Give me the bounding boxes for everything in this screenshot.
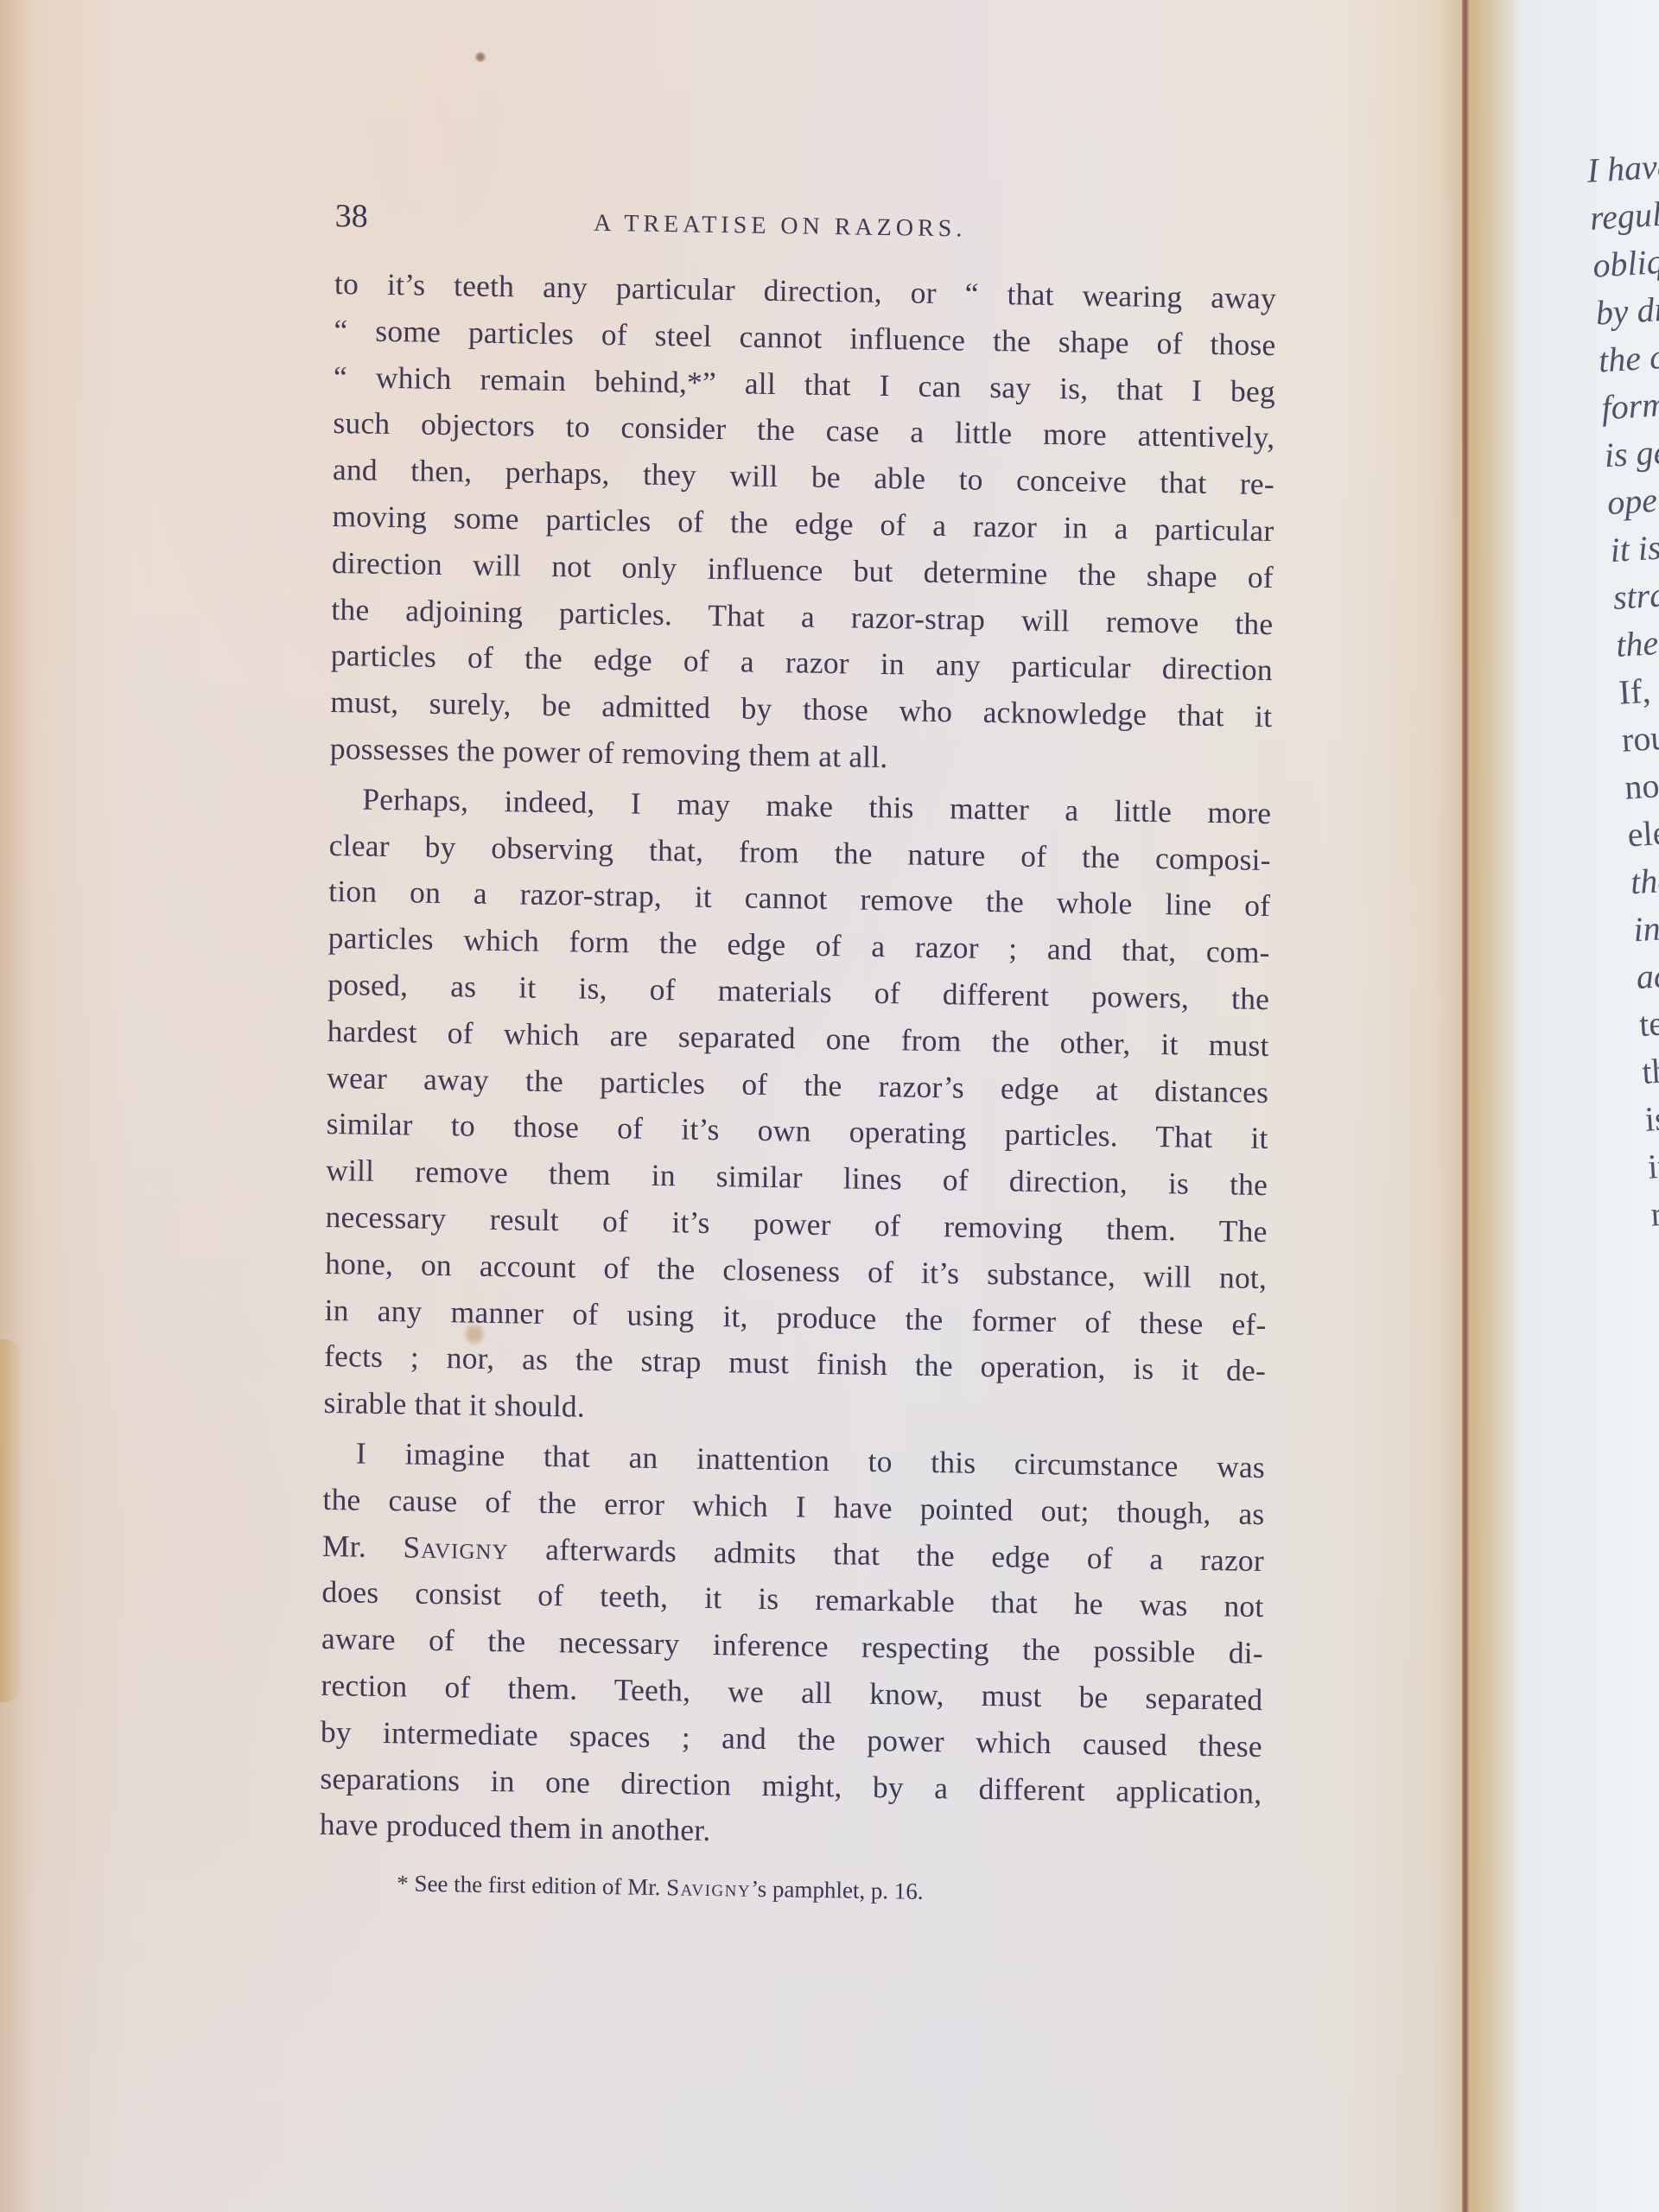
running-head-title: A TREATISE ON RAZORS.	[413, 207, 1147, 245]
author-name-savigny: Savigny	[403, 1529, 508, 1566]
page-text-block: 38 A TREATISE ON RAZORS. to it’s teeth a…	[319, 197, 1277, 1910]
page-number: 38	[335, 197, 413, 236]
footnote-author-name: Savigny	[666, 1874, 751, 1902]
text-fragment: afterwards admits that the edge of a raz…	[508, 1531, 1264, 1578]
paragraph-1: to it’s teeth any particular direction, …	[330, 261, 1277, 787]
footnote-text: See the first edition of Mr.	[409, 1871, 667, 1901]
facing-page-text: I have a regular an obliquely a by drawi…	[1586, 137, 1659, 1238]
book-photo: 38 A TREATISE ON RAZORS. to it’s teeth a…	[0, 0, 1659, 2212]
book-gutter	[1462, 0, 1469, 2212]
dust-spot	[474, 52, 486, 62]
text-fragment: Mr.	[322, 1528, 404, 1563]
footnote-text: ’s pamphlet, p. 16.	[751, 1876, 924, 1904]
footnote: * See the first edition of Mr. Savigny’s…	[319, 1869, 1261, 1910]
paragraph-3: I imagine that an inattention to this ci…	[320, 1430, 1266, 1863]
paragraph-2: Perhaps, indeed, I may make this matter …	[323, 776, 1271, 1441]
edge-stain	[0, 1339, 21, 1702]
facing-line: I have a	[1586, 137, 1659, 194]
left-page: 38 A TREATISE ON RAZORS. to it’s teeth a…	[0, 0, 1465, 2212]
gutter-shadow	[1469, 0, 1521, 2212]
running-head: 38 A TREATISE ON RAZORS.	[335, 197, 1277, 250]
footnote-marker: *	[397, 1870, 409, 1896]
